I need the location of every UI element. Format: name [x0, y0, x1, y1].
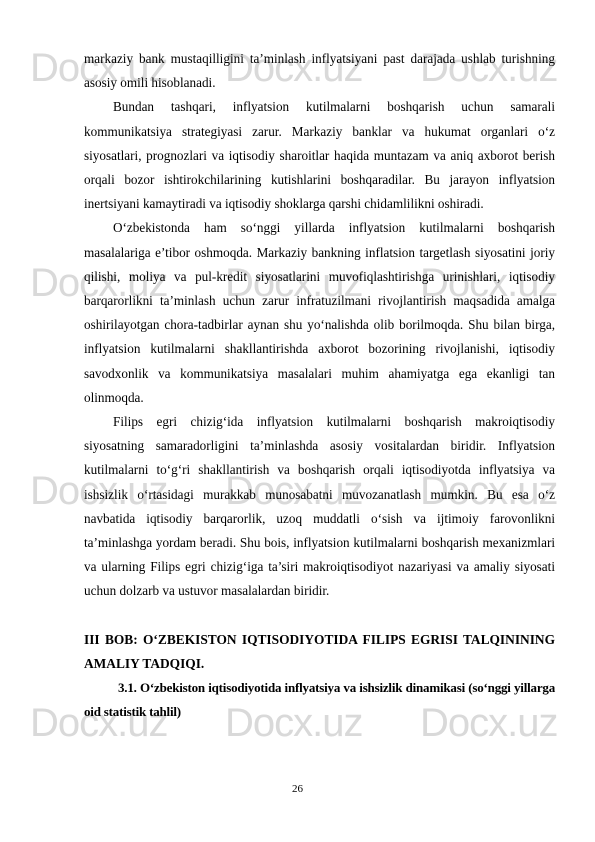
paragraph: Bundan tashqari, inflyatsion kutilmalarn… [84, 95, 555, 216]
page-body: markaziy bank mustaqilligini ta’minlash … [84, 47, 555, 724]
chapter-heading: III BOB: O‘ZBEKISTON IQTISODIYOTIDA FILI… [84, 628, 555, 676]
paragraph: markaziy bank mustaqilligini ta’minlash … [84, 47, 555, 95]
paragraph: Filips egri chizig‘ida inflyatsion kutil… [84, 410, 555, 604]
page-number: 26 [0, 782, 595, 796]
section-heading: 3.1. O‘zbekiston iqtisodiyotida inflyats… [84, 676, 555, 724]
paragraph: O‘zbekistonda ham so‘nggi yillarda infly… [84, 216, 555, 410]
